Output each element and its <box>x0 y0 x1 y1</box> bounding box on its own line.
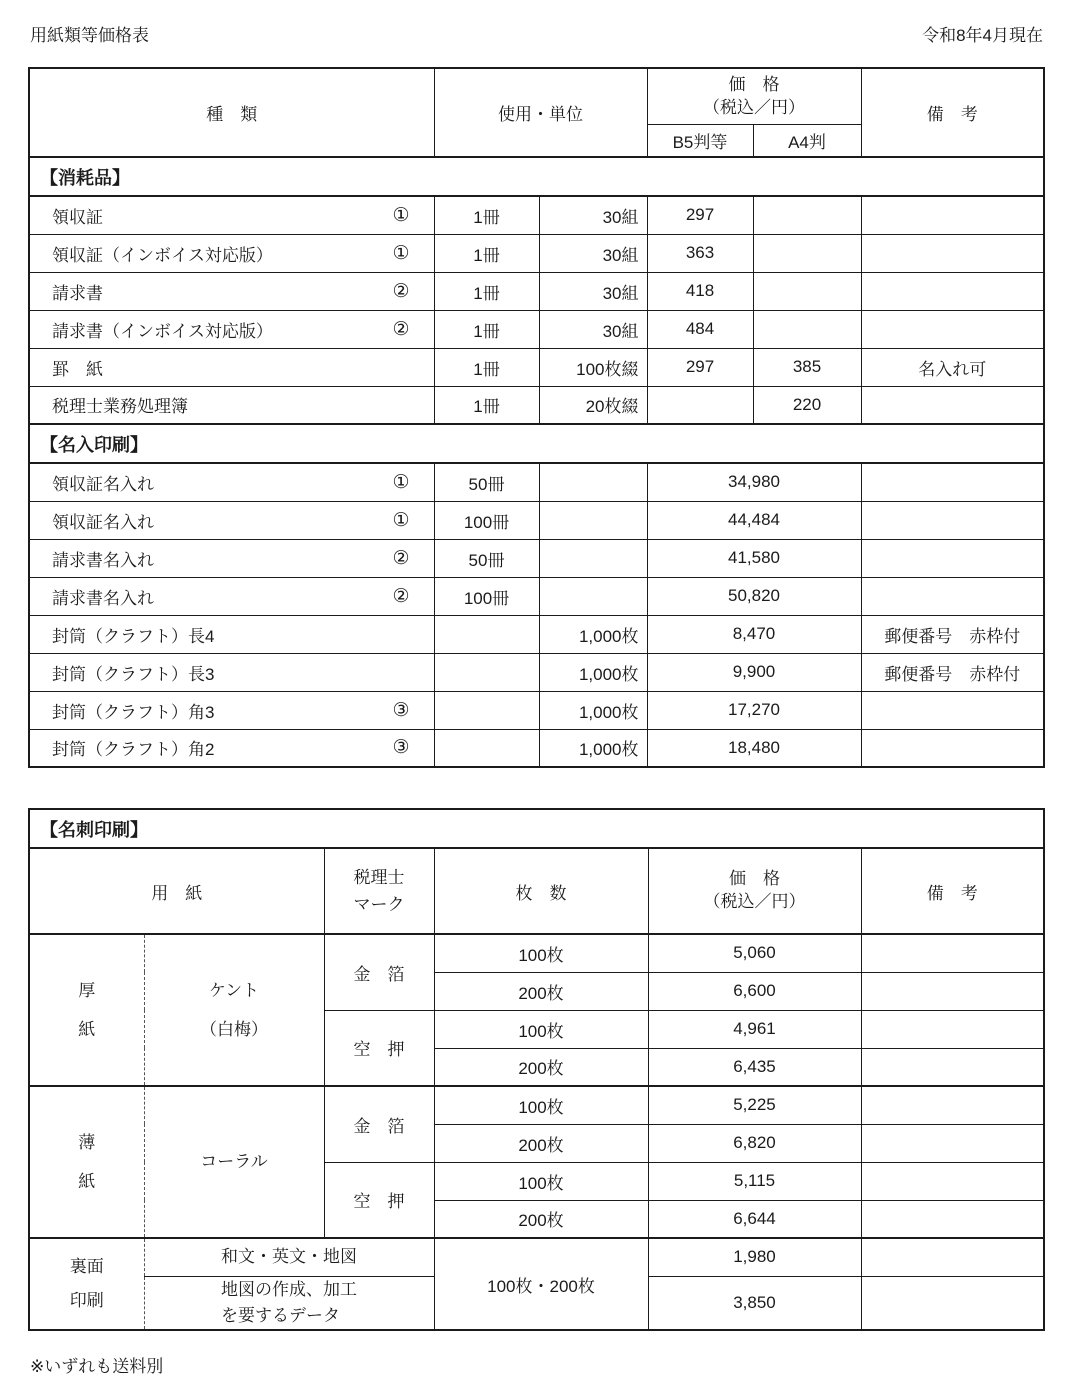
back-print-type: 地図の作成、加工 を要するデータ <box>221 1277 357 1330</box>
item-name-cell: 封筒（クラフト）長3 <box>29 653 434 691</box>
item-name-cell: 請求書（インボイス対応版）② <box>29 310 434 348</box>
unit-qty-cell: 1,000枚 <box>539 691 647 729</box>
item-name: 請求書（インボイス対応版） <box>52 317 273 342</box>
unit-qty-cell <box>539 501 647 539</box>
unit-cell: 1冊 <box>434 196 539 234</box>
price-a4-cell <box>753 310 861 348</box>
unit-qty-cell: 30組 <box>539 196 647 234</box>
price-sheet-page: 用紙類等価格表 令和8年4月現在 種 類 使用・単位 価 格 （税込／円） 備 … <box>0 0 1070 1390</box>
price-cell: 6,435 <box>648 1048 861 1086</box>
remarks-cell <box>861 234 1044 272</box>
price-cell: 5,060 <box>648 934 861 972</box>
section-title: 【名刺印刷】 <box>29 809 1044 848</box>
circled-number: ③ <box>392 699 409 722</box>
price-header-line1: 価 格 <box>649 868 861 891</box>
price-cell: 8,470 <box>647 615 861 653</box>
circled-number: ① <box>392 509 409 532</box>
price-cell: 18,480 <box>647 729 861 767</box>
unit-qty-cell: 20枚綴 <box>539 386 647 424</box>
price-cell: 5,115 <box>648 1162 861 1200</box>
table-row: 請求書名入れ② 100冊 50,820 <box>29 577 1044 615</box>
price-cell: 4,961 <box>648 1010 861 1048</box>
unit-cell: 50冊 <box>434 539 539 577</box>
price-b5-cell <box>647 386 753 424</box>
item-name-cell: 領収証（インボイス対応版）① <box>29 234 434 272</box>
col-header-kind: 種 類 <box>29 68 434 157</box>
unit-cell: 1冊 <box>434 310 539 348</box>
count-cell: 100枚 <box>434 1010 648 1048</box>
price-a4-cell <box>753 272 861 310</box>
shipping-footnote: ※いずれも送料別 <box>30 1352 163 1377</box>
remarks-cell <box>861 1048 1044 1086</box>
item-name-cell: 領収証① <box>29 196 434 234</box>
col-header-remarks: 備 考 <box>861 848 1044 934</box>
count-cell: 100枚・200枚 <box>434 1238 648 1330</box>
item-name-cell: 請求書② <box>29 272 434 310</box>
remarks-cell <box>861 577 1044 615</box>
table-row: 領収証（インボイス対応版）① 1冊 30組 363 <box>29 234 1044 272</box>
item-name-cell: 請求書名入れ② <box>29 577 434 615</box>
remarks-cell <box>861 972 1044 1010</box>
col-header-b5: B5判等 <box>647 125 753 158</box>
unit-qty-cell: 1,000枚 <box>539 653 647 691</box>
price-header-line2: （税込／円） <box>649 891 861 914</box>
section-consumables: 【消耗品】 <box>29 157 1044 196</box>
paper-name-cell: ケント （白梅） <box>144 934 324 1086</box>
count-cell: 100枚 <box>434 1086 648 1124</box>
price-a4-cell: 385 <box>753 348 861 386</box>
unit-cell <box>434 729 539 767</box>
table-row: 領収証① 1冊 30組 297 <box>29 196 1044 234</box>
circled-number: ② <box>392 585 409 608</box>
paper-type-cell: 裏面 印刷 <box>29 1238 144 1330</box>
remarks-cell <box>861 463 1044 501</box>
price-b5-cell: 484 <box>647 310 753 348</box>
table-row: 罫 紙 1冊 100枚綴 297 385 名入れ可 <box>29 348 1044 386</box>
circled-number: ③ <box>392 736 409 759</box>
price-b5-cell: 418 <box>647 272 753 310</box>
topbar: 用紙類等価格表 令和8年4月現在 <box>30 26 1043 46</box>
item-name: 領収証名入れ <box>52 470 154 495</box>
price-a4-cell: 220 <box>753 386 861 424</box>
table-row: 封筒（クラフト）長4 1,000枚 8,470 郵便番号 赤枠付 <box>29 615 1044 653</box>
item-name: 封筒（クラフト）角3 <box>52 698 214 723</box>
table-row: 請求書（インボイス対応版）② 1冊 30組 484 <box>29 310 1044 348</box>
paper-price-table: 種 類 使用・単位 価 格 （税込／円） 備 考 B5判等 A4判 【消耗品】 … <box>28 67 1045 768</box>
circled-number: ② <box>392 280 409 303</box>
remarks-cell <box>861 310 1044 348</box>
table-header-row: 種 類 使用・単位 価 格 （税込／円） 備 考 <box>29 68 1044 125</box>
remarks-cell: 郵便番号 赤枠付 <box>861 653 1044 691</box>
unit-qty-cell: 30組 <box>539 234 647 272</box>
item-name: 領収証 <box>52 203 103 228</box>
col-header-price: 価 格 （税込／円） <box>648 848 861 934</box>
remarks-cell <box>861 729 1044 767</box>
item-name-cell: 領収証名入れ① <box>29 463 434 501</box>
unit-qty-cell: 1,000枚 <box>539 615 647 653</box>
unit-cell <box>434 691 539 729</box>
price-cell: 6,820 <box>648 1124 861 1162</box>
table-row: 封筒（クラフト）角3③ 1,000枚 17,270 <box>29 691 1044 729</box>
count-cell: 100枚 <box>434 934 648 972</box>
remarks-cell <box>861 196 1044 234</box>
price-cell: 9,900 <box>647 653 861 691</box>
back-print-type-cell: 地図の作成、加工 を要するデータ <box>144 1276 434 1330</box>
col-header-remarks: 備 考 <box>861 68 1044 157</box>
item-name-cell: 領収証名入れ① <box>29 501 434 539</box>
section-title: 【名入印刷】 <box>29 424 1044 463</box>
business-card-table: 【名刺印刷】 用 紙 税理士 マーク 枚 数 価 格 （税込／円） 備 考 厚 … <box>28 808 1045 1331</box>
price-header-line1: 価 格 <box>648 74 861 97</box>
unit-cell: 1冊 <box>434 234 539 272</box>
col-header-tax-mark: 税理士 マーク <box>324 848 434 934</box>
unit-cell <box>434 653 539 691</box>
price-cell: 34,980 <box>647 463 861 501</box>
remarks-cell <box>861 1010 1044 1048</box>
col-header-price: 価 格 （税込／円） <box>647 68 861 125</box>
count-cell: 200枚 <box>434 1124 648 1162</box>
item-name-cell: 税理士業務処理簿 <box>29 386 434 424</box>
circled-number: ① <box>392 242 409 265</box>
paper-name-cell: コーラル <box>144 1086 324 1238</box>
remarks-cell <box>861 1200 1044 1238</box>
item-name-cell: 封筒（クラフト）長4 <box>29 615 434 653</box>
item-name: 領収証（インボイス対応版） <box>52 241 273 266</box>
back-print-type-cell: 和文・英文・地図 <box>144 1238 434 1276</box>
section-business-cards: 【名刺印刷】 <box>29 809 1044 848</box>
table-row: 封筒（クラフト）長3 1,000枚 9,900 郵便番号 赤枠付 <box>29 653 1044 691</box>
remarks-cell <box>861 1124 1044 1162</box>
item-name: 封筒（クラフト）長4 <box>52 622 214 647</box>
unit-qty-cell: 30組 <box>539 310 647 348</box>
remarks-cell <box>861 934 1044 972</box>
unit-cell: 1冊 <box>434 348 539 386</box>
price-cell: 6,600 <box>648 972 861 1010</box>
remarks-cell: 郵便番号 赤枠付 <box>861 615 1044 653</box>
count-cell: 200枚 <box>434 1048 648 1086</box>
item-name: 請求書名入れ <box>52 546 154 571</box>
table-row: 請求書名入れ② 50冊 41,580 <box>29 539 1044 577</box>
remarks-cell <box>861 539 1044 577</box>
table-row: 封筒（クラフト）角2③ 1,000枚 18,480 <box>29 729 1044 767</box>
item-name: 請求書 <box>52 279 103 304</box>
count-cell: 200枚 <box>434 972 648 1010</box>
col-header-unit: 使用・単位 <box>434 68 647 157</box>
table-row: 薄 紙 コーラル 金 箔 100枚 5,225 <box>29 1086 1044 1124</box>
item-name: 税理士業務処理簿 <box>52 392 188 417</box>
price-cell: 1,980 <box>648 1238 861 1276</box>
price-a4-cell <box>753 234 861 272</box>
table-row: 裏面 印刷 和文・英文・地図 100枚・200枚 1,980 <box>29 1238 1044 1276</box>
unit-qty-cell: 1,000枚 <box>539 729 647 767</box>
item-name: 罫 紙 <box>52 355 103 380</box>
remarks-cell <box>861 272 1044 310</box>
table-row: 税理士業務処理簿 1冊 20枚綴 220 <box>29 386 1044 424</box>
price-b5-cell: 363 <box>647 234 753 272</box>
back-print-type: 和文・英文・地図 <box>221 1244 357 1270</box>
item-name: 封筒（クラフト）長3 <box>52 660 214 685</box>
price-cell: 6,644 <box>648 1200 861 1238</box>
mark-type-cell: 金 箔 <box>324 1086 434 1162</box>
price-b5-cell: 297 <box>647 348 753 386</box>
price-header-line2: （税込／円） <box>648 97 861 120</box>
circled-number: ① <box>392 471 409 494</box>
paper-type-cell: 薄 紙 <box>29 1086 144 1238</box>
unit-qty-cell <box>539 539 647 577</box>
unit-qty-cell <box>539 577 647 615</box>
table-row: 厚 紙 ケント （白梅） 金 箔 100枚 5,060 <box>29 934 1044 972</box>
unit-cell: 1冊 <box>434 272 539 310</box>
unit-cell: 100冊 <box>434 577 539 615</box>
table-row: 請求書② 1冊 30組 418 <box>29 272 1044 310</box>
mark-type-cell: 空 押 <box>324 1162 434 1238</box>
remarks-cell <box>861 1276 1044 1330</box>
table-row: 領収証名入れ① 50冊 34,980 <box>29 463 1044 501</box>
unit-cell: 1冊 <box>434 386 539 424</box>
unit-qty-cell <box>539 463 647 501</box>
item-name-cell: 請求書名入れ② <box>29 539 434 577</box>
remarks-cell <box>861 691 1044 729</box>
unit-cell <box>434 615 539 653</box>
price-cell: 5,225 <box>648 1086 861 1124</box>
mark-type-cell: 金 箔 <box>324 934 434 1010</box>
col-header-a4: A4判 <box>753 125 861 158</box>
item-name: 領収証名入れ <box>52 508 154 533</box>
item-name-cell: 封筒（クラフト）角3③ <box>29 691 434 729</box>
section-title: 【消耗品】 <box>29 157 1044 196</box>
date-note: 令和8年4月現在 <box>922 26 1043 46</box>
circled-number: ① <box>392 204 409 227</box>
table-header-row: 用 紙 税理士 マーク 枚 数 価 格 （税込／円） 備 考 <box>29 848 1044 934</box>
count-cell: 200枚 <box>434 1200 648 1238</box>
item-name: 封筒（クラフト）角2 <box>52 735 214 760</box>
circled-number: ② <box>392 318 409 341</box>
item-name: 請求書名入れ <box>52 584 154 609</box>
count-cell: 100枚 <box>434 1162 648 1200</box>
remarks-cell <box>861 386 1044 424</box>
price-cell: 17,270 <box>647 691 861 729</box>
table-row: 領収証名入れ① 100冊 44,484 <box>29 501 1044 539</box>
remarks-cell <box>861 1162 1044 1200</box>
price-cell: 50,820 <box>647 577 861 615</box>
remarks-cell: 名入れ可 <box>861 348 1044 386</box>
section-name-printing: 【名入印刷】 <box>29 424 1044 463</box>
remarks-cell <box>861 1238 1044 1276</box>
price-cell: 3,850 <box>648 1276 861 1330</box>
item-name-cell: 封筒（クラフト）角2③ <box>29 729 434 767</box>
col-header-paper: 用 紙 <box>29 848 324 934</box>
page-title: 用紙類等価格表 <box>30 26 149 46</box>
unit-cell: 100冊 <box>434 501 539 539</box>
mark-type-cell: 空 押 <box>324 1010 434 1086</box>
price-cell: 41,580 <box>647 539 861 577</box>
remarks-cell <box>861 501 1044 539</box>
remarks-cell <box>861 1086 1044 1124</box>
price-b5-cell: 297 <box>647 196 753 234</box>
col-header-count: 枚 数 <box>434 848 648 934</box>
unit-qty-cell: 30組 <box>539 272 647 310</box>
paper-type-cell: 厚 紙 <box>29 934 144 1086</box>
price-cell: 44,484 <box>647 501 861 539</box>
price-a4-cell <box>753 196 861 234</box>
unit-qty-cell: 100枚綴 <box>539 348 647 386</box>
item-name-cell: 罫 紙 <box>29 348 434 386</box>
unit-cell: 50冊 <box>434 463 539 501</box>
circled-number: ② <box>392 547 409 570</box>
